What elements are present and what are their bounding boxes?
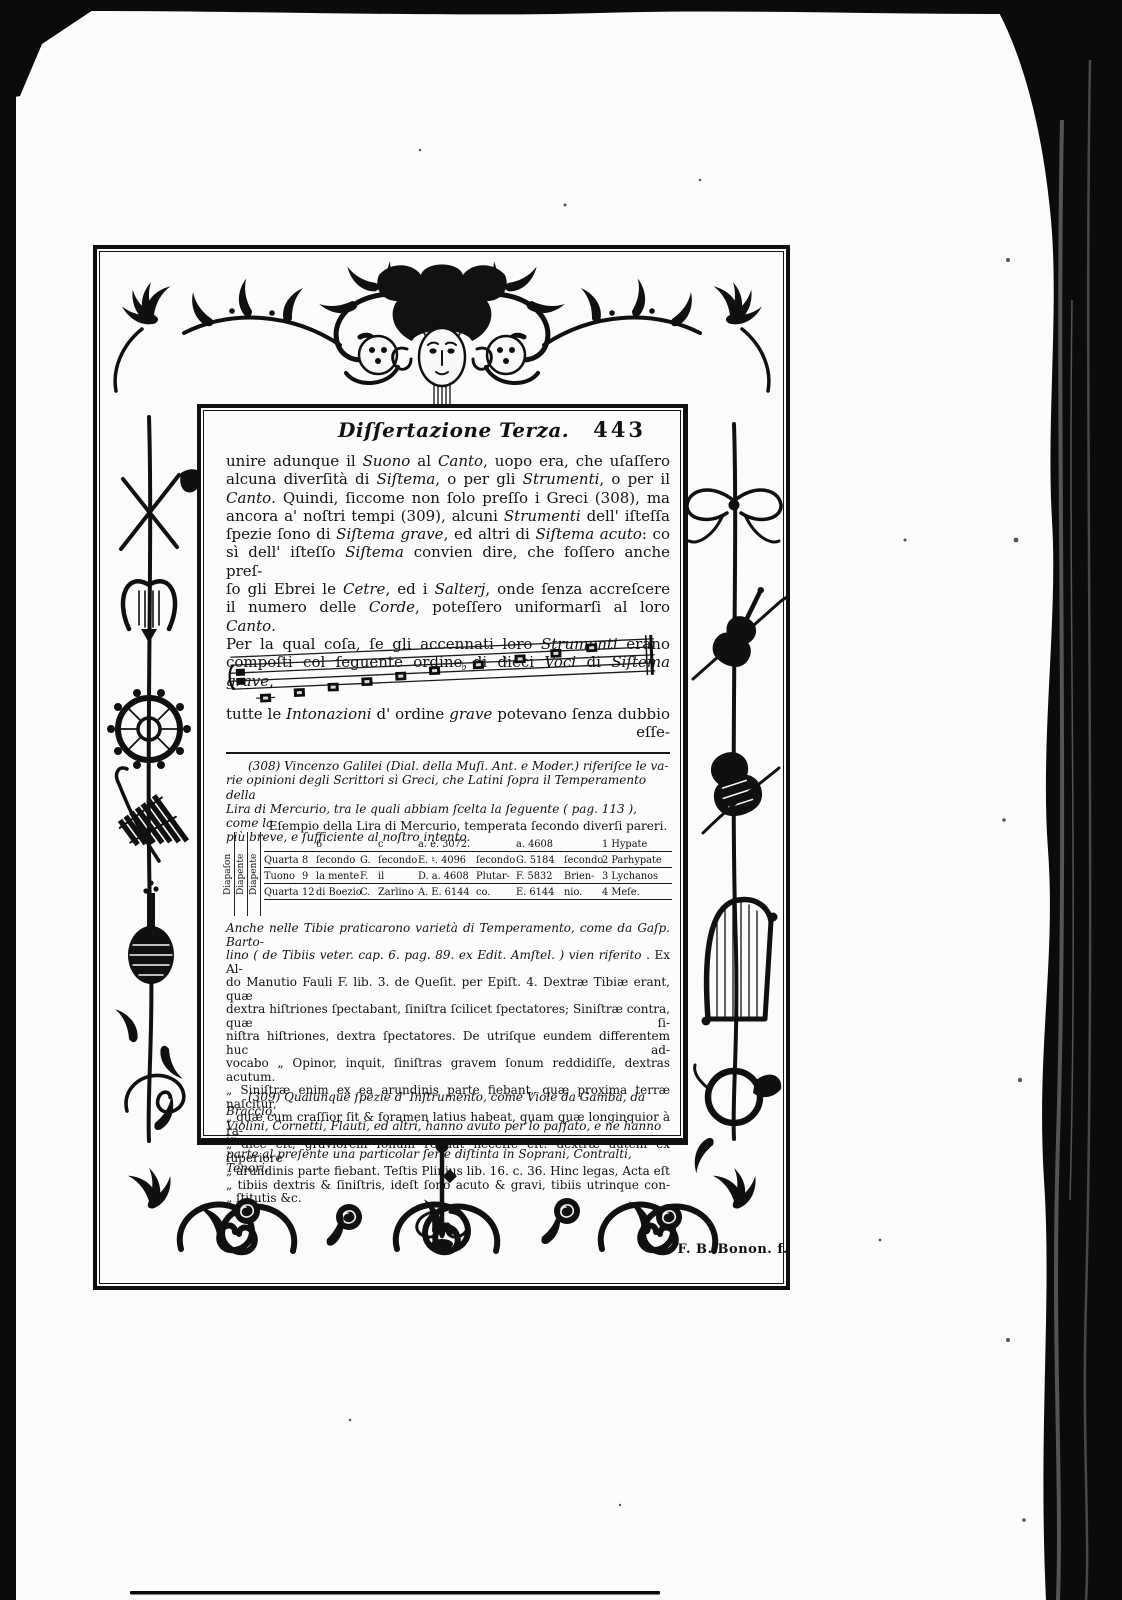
table-row: Quarta8ſecondoG.ſecondoE. ♮. 4096ſecondo… xyxy=(264,852,672,868)
table-row: Tuono9la menteF.ilD. a. 4608Plutar-F. 58… xyxy=(264,868,672,884)
page-number: 443 xyxy=(593,417,646,442)
table-cell: Quarta xyxy=(264,855,302,866)
table-cell: 3 Lychanos xyxy=(602,871,672,882)
table-cell: il xyxy=(378,871,418,882)
table-cell: a. 4608 xyxy=(516,839,564,850)
text-line: „ ſtitutis &c. xyxy=(226,1192,670,1206)
footnote-309: (309) Qualunque ſpezie d' Inſtrumento, c… xyxy=(226,1090,670,1176)
table-cell: Zarlino xyxy=(378,887,418,898)
table-cell: Brien- xyxy=(564,871,602,882)
bottom-edge-line xyxy=(130,1591,660,1595)
text-line: ancora a' noſtri tempi (309), alcuni Str… xyxy=(226,507,670,525)
text-line: eſſe- xyxy=(226,723,670,741)
footnote-divider xyxy=(226,752,670,754)
table-cell: D. a. 4608 xyxy=(418,871,476,882)
side-label-diapente-1: Diapente xyxy=(236,832,248,916)
harp-ornament xyxy=(702,900,778,1026)
text-line: rie opinioni degli Scrittori sì Greci, c… xyxy=(226,773,670,802)
running-head: Diſſertazione Terza. 443 xyxy=(226,417,670,442)
text-line: ſo gli Ebrei le Cetre, ed i Salterj, ond… xyxy=(226,580,670,598)
table-cell: C. xyxy=(360,887,378,898)
text-line: lino ( de Tibiis veter. cap. 6. pag. 89.… xyxy=(226,949,670,976)
text-line: do Manutio Fauli F. lib. 3. de Queſit. p… xyxy=(226,976,670,1003)
text-line: dextra hiſtriones ſpectabant, ſiniſtra ſ… xyxy=(226,1003,670,1030)
text-line: (309) Qualunque ſpezie d' Inſtrumento, c… xyxy=(226,1090,670,1119)
left-gutter-edge xyxy=(0,0,16,1600)
horn-ornament xyxy=(695,1065,782,1123)
table-caption: Eſempio della Lira di Mercurio, temperat… xyxy=(264,819,672,833)
table-cell: 1 Hypate xyxy=(602,839,672,850)
table-cell: 12 xyxy=(302,887,316,898)
top-ornament xyxy=(115,261,769,421)
svg-text:♮: ♮ xyxy=(502,653,507,668)
table-cell: Plutar- xyxy=(476,871,516,882)
left-instrument-trophy xyxy=(107,417,202,1141)
tuning-table: 6ca. e. 3072.a. 46081 HypateQuarta8ſecon… xyxy=(264,836,672,900)
table-cell: Tuono xyxy=(264,871,302,882)
table-cell: 4 Meſe. xyxy=(602,887,672,898)
table-cell: F. 5832 xyxy=(516,871,564,882)
table-cell: G. xyxy=(360,855,378,866)
top-edge xyxy=(0,0,1122,14)
mask-ornament xyxy=(377,265,507,422)
table-cell: 9 xyxy=(302,871,316,882)
book-page-scan: Diſſertazione Terza. 443 unire adunque i… xyxy=(0,0,1122,1600)
table-cell: 2 Parhypate xyxy=(602,855,672,866)
table-cell: G. 5184 xyxy=(516,855,564,866)
table-cell: E. ♮. 4096 xyxy=(418,855,476,866)
lute-ornament xyxy=(128,880,174,984)
side-label-diapason: Diapaſon xyxy=(223,832,235,916)
text-line: Anche nelle Tibie praticarono varietà di… xyxy=(226,922,670,949)
table-cell: ſecondo xyxy=(378,855,418,866)
text-line: „ tibiis dextris & ſiniſtris, ideſt ſono… xyxy=(226,1179,670,1193)
text-line: parte al preſente una particolar ſerie d… xyxy=(226,1147,670,1176)
table-cell: 8 xyxy=(302,855,316,866)
c-clef-icon xyxy=(229,665,246,690)
table-cell: A. E. 6144 xyxy=(418,887,476,898)
text-line: Violini, Cornetti, Flauti, ed altri, han… xyxy=(226,1119,670,1148)
table-cell: ſecondo xyxy=(476,855,516,866)
engraver-signature: F. B. Bonon. f. xyxy=(640,1242,788,1257)
table-row: Quarta12di BoezioC.ZarlinoA. E. 6144co.E… xyxy=(264,884,672,900)
text-line: vocabo „ Opinor, inquit, ſiniſtras grave… xyxy=(226,1057,670,1084)
text-line: unire adunque il Suono al Canto, uopo er… xyxy=(226,452,670,470)
table-cell: E. 6144 xyxy=(516,887,564,898)
table-cell: di Boezio xyxy=(316,887,360,898)
svg-text:♭: ♭ xyxy=(461,659,468,674)
table-cell: Quarta xyxy=(264,887,302,898)
table-side-labels: Diapaſon Diapente Diapente xyxy=(223,832,263,916)
body-paragraph-continued: tutte le Intonazioni d' ordine grave pot… xyxy=(226,705,670,742)
table-cell: nio. xyxy=(564,887,602,898)
text-panel: Diſſertazione Terza. 443 unire adunque i… xyxy=(197,404,688,1145)
table-cell: la mente xyxy=(316,871,360,882)
text-line: Canto. Quindi, ſiccome non ſolo preſſo i… xyxy=(226,489,670,507)
table-cell: 6 xyxy=(316,839,360,850)
text-line: niſtra hiſtriones, dextra ſpectatores. D… xyxy=(226,1030,670,1057)
side-label-diapente-2: Diapente xyxy=(249,832,261,916)
table-cell: co. xyxy=(476,887,516,898)
top-left-corner xyxy=(0,0,108,100)
page-title: Diſſertazione Terza. xyxy=(338,418,569,442)
table-cell: c xyxy=(378,839,418,850)
text-line: sì dell' iſteſſo Siſtema convien dire, c… xyxy=(226,543,670,580)
table-cell: ſecondo xyxy=(316,855,360,866)
text-line: ſpezie ſono di Siſtema grave, ed altri d… xyxy=(226,525,670,543)
text-line: alcuna diverſità di Siſtema, o per gli S… xyxy=(226,470,670,488)
table-row: 6ca. e. 3072.a. 46081 Hypate xyxy=(264,836,672,852)
text-line: tutte le Intonazioni d' ordine grave pot… xyxy=(226,705,670,723)
table-cell: a. e. 3072. xyxy=(418,839,476,850)
table-cell: ſecondo xyxy=(564,855,602,866)
table-cell: F. xyxy=(360,871,378,882)
text-line: (308) Vincenzo Galilei (Dial. della Muſi… xyxy=(226,759,670,773)
right-instrument-trophy xyxy=(687,424,786,1174)
